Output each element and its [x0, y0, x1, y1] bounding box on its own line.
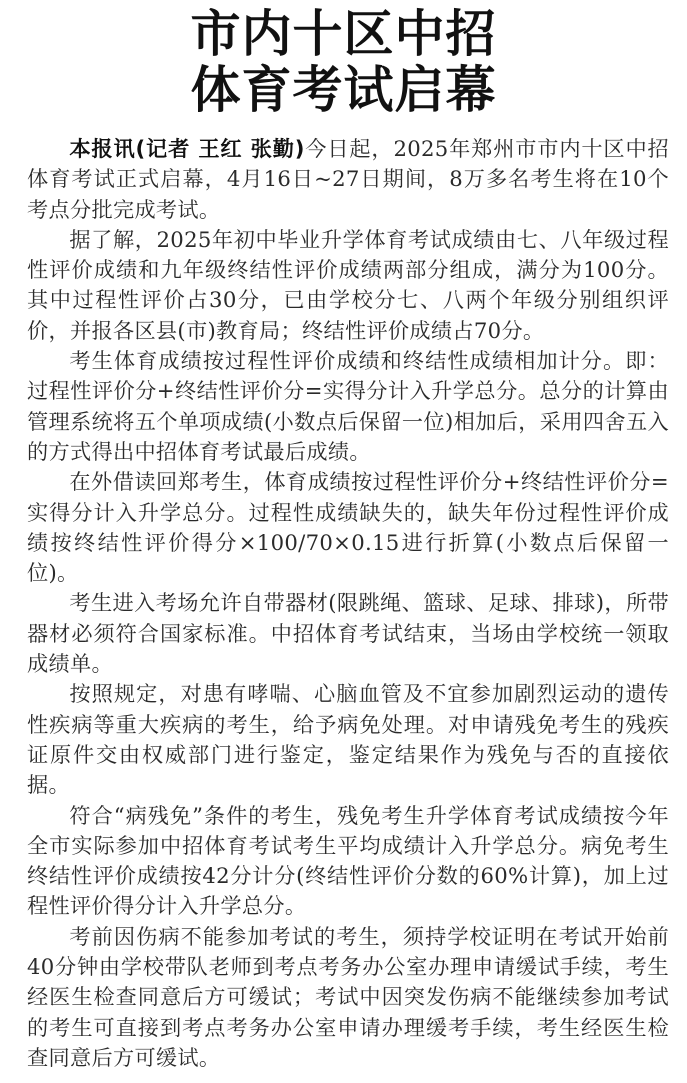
paragraph-lead: 本报讯(记者 王红 张勤)今日起，2025年郑州市市内十区中招体育考试正式启幕，… [27, 134, 669, 225]
paragraph-equipment: 考生进入考场允许自带器材(限跳绳、篮球、足球、排球)，所带器材必须符合国家标准。… [27, 588, 669, 679]
paragraph-score-calculation: 考生体育成绩按过程性评价成绩和终结性成绩相加计分。即：过程性评价分+终结性评价分… [27, 346, 669, 467]
paragraph-exemption-scoring: 符合“病残免”条件的考生，残免考生升学体育考试成绩按今年全市实际参加中招体育考试… [27, 801, 669, 922]
byline: 本报讯(记者 王红 张勤) [69, 136, 304, 161]
paragraph-deferral: 考前因伤病不能参加考试的考生，须持学校证明在考试开始前40分钟由学校带队老师到考… [27, 922, 669, 1073]
paragraph-exemption-rules: 按照规定，对患有哮喘、心脑血管及不宜参加剧烈运动的遗传性疾病等重大疾病的考生，给… [27, 679, 669, 800]
article-body: 本报讯(记者 王红 张勤)今日起，2025年郑州市市内十区中招体育考试正式启幕，… [27, 134, 669, 1073]
headline-line-1: 市内十区中招 [0, 6, 687, 62]
paragraph-transfer-students: 在外借读回郑考生，体育成绩按过程性评价分+终结性评价分=实得分计入升学总分。过程… [27, 467, 669, 588]
headline: 市内十区中招 体育考试启幕 [0, 6, 687, 118]
paragraph-score-composition: 据了解，2025年初中毕业升学体育考试成绩由七、八年级过程性评价成绩和九年级终结… [27, 225, 669, 346]
headline-line-2: 体育考试启幕 [0, 62, 687, 118]
